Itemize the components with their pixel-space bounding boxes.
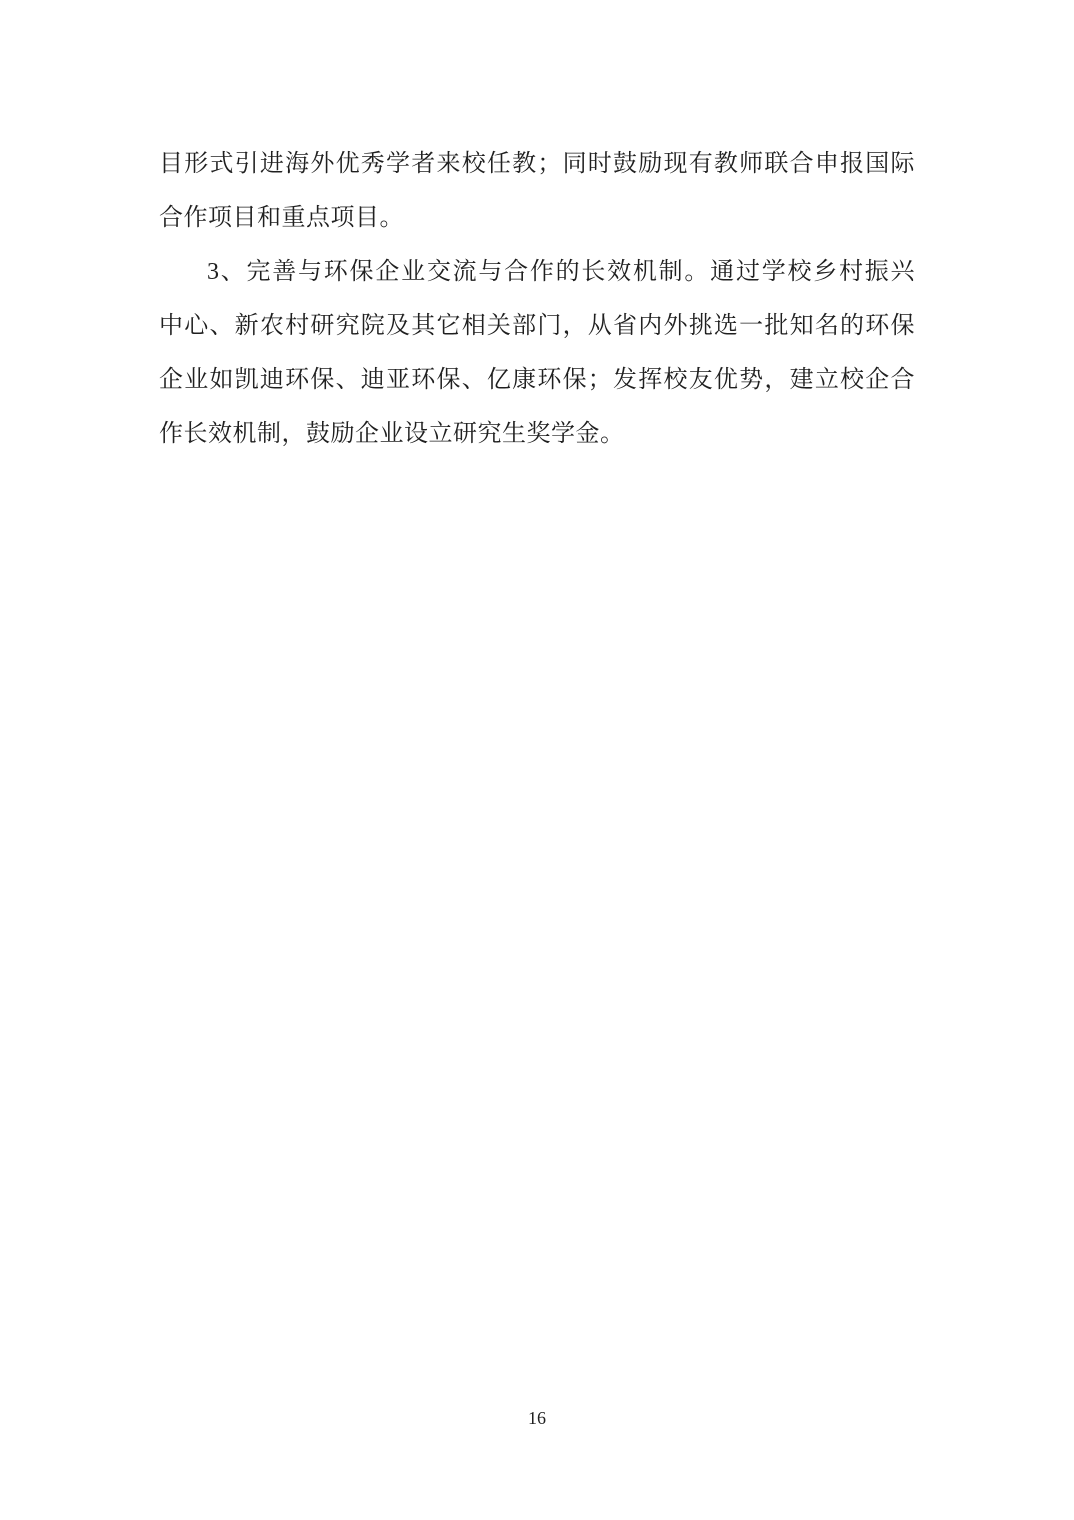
document-page: 目形式引进海外优秀学者来校任教；同时鼓励现有教师联合申报国际 合作项目和重点项目… — [0, 0, 1074, 1520]
text-line: 目形式引进海外优秀学者来校任教；同时鼓励现有教师联合申报国际 — [159, 137, 915, 191]
text-line: 作长效机制，鼓励企业设立研究生奖学金。 — [159, 407, 915, 461]
paragraph-enterprise-cooperation: 3、完善与环保企业交流与合作的长效机制。通过学校乡村振兴 中心、新农村研究院及其… — [159, 245, 915, 461]
page-number: 16 — [0, 1404, 1074, 1432]
paragraph-international-cooperation: 目形式引进海外优秀学者来校任教；同时鼓励现有教师联合申报国际 合作项目和重点项目… — [159, 137, 915, 245]
text-line: 3、完善与环保企业交流与合作的长效机制。通过学校乡村振兴 — [159, 245, 915, 299]
text-line: 中心、新农村研究院及其它相关部门，从省内外挑选一批知名的环保 — [159, 299, 915, 353]
text-line: 合作项目和重点项目。 — [159, 191, 915, 245]
text-line: 企业如凯迪环保、迪亚环保、亿康环保；发挥校友优势，建立校企合 — [159, 353, 915, 407]
document-body: 目形式引进海外优秀学者来校任教；同时鼓励现有教师联合申报国际 合作项目和重点项目… — [159, 137, 915, 461]
